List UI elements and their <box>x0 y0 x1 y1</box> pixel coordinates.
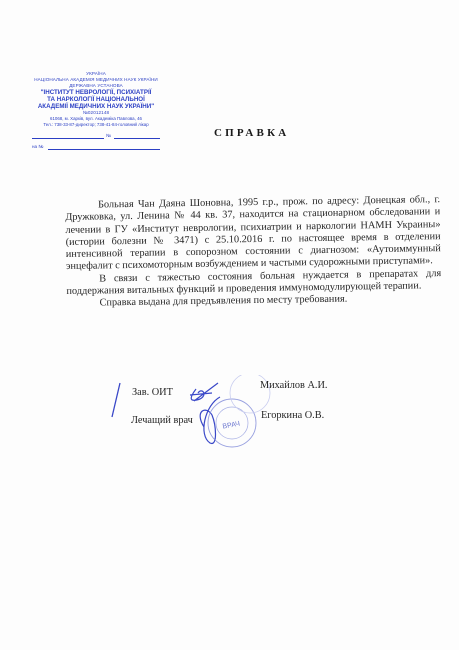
date-underline <box>32 138 104 139</box>
signature-head-name: Михайлов А.И. <box>260 380 328 391</box>
signature-doctor-name: Егоркина О.В. <box>261 410 324 421</box>
letterhead-stamp: УКРАЇНА НАЦІОНАЛЬНА АКАДЕМІЯ МЕДИЧНИХ НА… <box>30 71 162 153</box>
document-body: Больная Чан Даяна Шоновна, 1995 г.р., пр… <box>65 194 442 311</box>
signature-doctor-role: Лечащий врач <box>131 415 193 426</box>
letterhead-institute-2: ТА НАРКОЛОГІЇ НАЦІОНАЛЬНОЇ <box>30 96 162 103</box>
number-underline <box>114 138 160 139</box>
reply-number-line: на № <box>32 144 160 150</box>
svg-text:ВРАЧ: ВРАЧ <box>222 421 241 431</box>
document-title: СПРАВКА <box>214 127 289 139</box>
letterhead-number-lines: № на № <box>30 131 162 153</box>
outgoing-number-line: № <box>32 133 160 139</box>
reply-underline <box>48 149 160 150</box>
letterhead-phones: Тел.: 738-33-87-директор; 738-41-84-голо… <box>30 122 162 128</box>
letterhead-institute-3: АКАДЕМІЇ МЕДИЧНИХ НАУК УКРАЇНИ" <box>30 103 162 110</box>
number-label: № <box>106 133 111 139</box>
signature-head-role: Зав. ОИТ <box>132 387 173 398</box>
letterhead-institute-1: "ІНСТИТУТ НЕВРОЛОГІЇ, ПСИХІАТРІЇ <box>30 89 162 96</box>
paragraph-patient-info: Больная Чан Даяна Шоновна, 1995 г.р., пр… <box>65 194 441 274</box>
reply-label: на № <box>32 144 43 149</box>
